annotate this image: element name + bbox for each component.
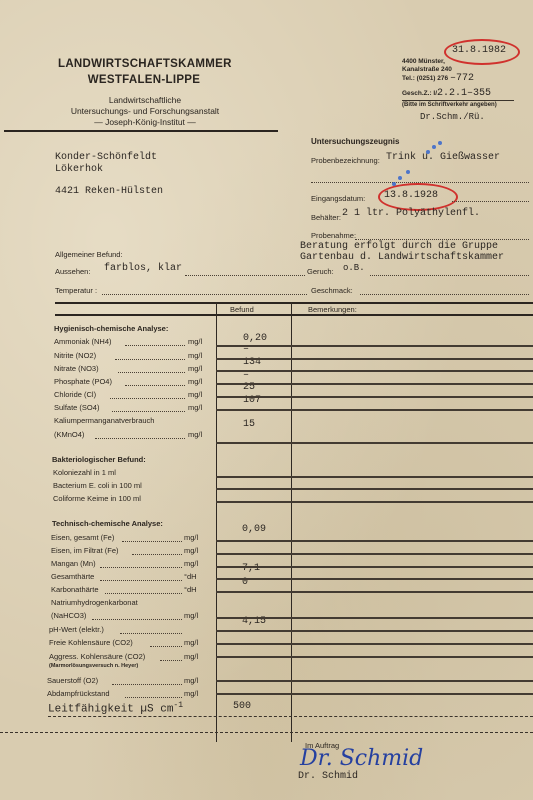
container-label: Behälter: <box>311 213 341 222</box>
sender-city: 4400 Münster, <box>402 58 452 66</box>
dotted-line <box>125 377 185 386</box>
value-iron-total: 0,09 <box>242 524 266 535</box>
unit: °dH <box>184 585 197 594</box>
reference-number: Gesch.Z.: I/2.2.1–355 <box>402 88 491 99</box>
phone-label: Tel.: (0251) 276 <box>402 75 448 82</box>
col-header-remarks: Bemerkungen: <box>308 305 357 314</box>
date-red-circle <box>444 39 520 65</box>
unit: mg/l <box>188 377 202 386</box>
row-label-kmno4-formula: (KMnO4) <box>54 430 84 439</box>
dotted-line <box>150 638 182 647</box>
dotted-line <box>105 585 182 594</box>
org-sub-line3: — Joseph-König-Institut — <box>45 117 245 128</box>
unit: °dH <box>184 572 197 581</box>
table-header-rule <box>55 314 533 316</box>
row-label-colony-count: Koloniezahl in 1 ml <box>53 468 116 477</box>
dashed-rule <box>0 732 533 733</box>
unit: mg/l <box>184 676 198 685</box>
row-label-iron-filtrate: Eisen, im Filtrat (Fe) <box>51 546 119 555</box>
dotted-line <box>122 533 182 542</box>
row-label-carbonate-hardness: Karbonathärte <box>51 585 99 594</box>
sample-label: Probenbezeichnung: <box>311 156 380 165</box>
dotted-line <box>132 546 182 555</box>
unit: mg/l <box>184 533 198 542</box>
row-label-evaporation-residue: Abdampfrückstand <box>47 689 110 698</box>
dotted-line <box>125 689 182 698</box>
phone-ext: –772 <box>450 73 474 84</box>
received-label: Eingangsdatum: <box>311 194 365 203</box>
row-rule <box>216 578 533 580</box>
row-label-chloride: Chloride (Cl) <box>54 390 96 399</box>
row-label-oxygen: Sauerstoff (O2) <box>47 676 98 685</box>
ref-note: (Bitte im Schriftverkehr angeben) <box>402 102 497 108</box>
dotted-line <box>95 430 185 439</box>
recipient-line2: Lökerhok <box>55 164 103 175</box>
unit: mg/l <box>184 638 198 647</box>
conductivity-label: Leitfähigkeit µS cm-1 <box>48 701 183 716</box>
dotted-line <box>355 231 529 240</box>
ink-smudge <box>426 150 430 154</box>
dotted-line <box>360 286 529 295</box>
row-label-nahco3-formula: (NaHCO3) <box>51 611 86 620</box>
ref-underline <box>402 100 514 101</box>
row-label-free-co2: Freie Kohlensäure (CO2) <box>49 638 133 647</box>
unit: mg/l <box>184 652 198 661</box>
row-rule <box>216 566 533 568</box>
value-conductivity: 500 <box>233 701 251 712</box>
initials: Dr.Schm./Rü. <box>420 112 485 122</box>
bacterio-heading: Bakteriologischer Befund: <box>52 455 146 464</box>
container-value: 2 1 ltr. Polyäthylenfl. <box>342 208 480 219</box>
org-sub-line2: Untersuchungs- und Forschungsanstalt <box>45 106 245 117</box>
ink-smudge <box>432 145 436 149</box>
row-rule <box>216 383 533 385</box>
dotted-line <box>100 572 182 581</box>
signatory-name: Dr. Schmid <box>298 771 358 782</box>
dotted-line <box>311 174 529 183</box>
unit: mg/l <box>184 559 198 568</box>
dotted-line <box>110 390 185 399</box>
consulting-note-line1: Beratung erfolgt durch die Gruppe <box>300 241 498 252</box>
value-kmno4: 15 <box>243 419 255 430</box>
received-date-red-circle <box>378 183 458 211</box>
org-name-line2: WESTFALEN-LIPPE <box>58 72 230 88</box>
row-rule <box>216 643 533 645</box>
value-phosphate: – <box>243 370 249 381</box>
sender-address: 4400 Münster, Kanalstraße 240 <box>402 58 452 74</box>
row-rule <box>216 370 533 372</box>
dotted-line <box>102 286 307 295</box>
row-label-marble-test: (Marmorlösungsversuch n. Heyer) <box>49 663 138 669</box>
dotted-line <box>452 193 529 202</box>
ink-smudge <box>406 170 410 174</box>
row-rule <box>216 345 533 347</box>
sampling-label: Probenahme: <box>311 231 356 240</box>
unit: mg/l <box>188 403 202 412</box>
consulting-note-line2: Gartenbau d. Landwirtschaftskammer <box>300 252 504 263</box>
unit: mg/l <box>184 611 198 620</box>
row-rule <box>216 591 533 593</box>
column-divider <box>216 302 217 742</box>
row-label-nahco3: Natriumhydrogenkarbonat <box>51 598 138 607</box>
dotted-line <box>100 559 182 568</box>
table-top-rule <box>55 302 533 304</box>
handwritten-signature: Dr. Schmid <box>300 746 423 771</box>
row-label-aggressive-co2: Aggress. Kohlensäure (CO2) <box>49 652 145 661</box>
dashed-rule <box>48 716 533 717</box>
row-rule <box>216 693 533 695</box>
ref-value: 2.2.1–355 <box>437 88 491 99</box>
odor-label: Geruch: <box>307 267 334 276</box>
general-heading: Allgemeiner Befund: <box>55 250 123 259</box>
col-header-result: Befund <box>230 305 254 314</box>
ink-smudge <box>398 176 402 180</box>
org-name-line1: LANDWIRTSCHAFTSKAMMER <box>58 56 230 72</box>
row-label-nitrite: Nitrite (NO2) <box>54 351 96 360</box>
column-divider <box>291 302 292 742</box>
dotted-line <box>160 652 182 661</box>
report-title: Untersuchungszeugnis <box>311 137 399 146</box>
row-rule <box>216 617 533 619</box>
row-label-iron-total: Eisen, gesamt (Fe) <box>51 533 114 542</box>
row-label-sulfate: Sulfate (SO4) <box>54 403 99 412</box>
hygienic-heading: Hygienisch-chemische Analyse: <box>54 324 168 333</box>
appearance-value: farblos, klar <box>104 263 182 274</box>
unit: mg/l <box>184 546 198 555</box>
sender-phone: Tel.: (0251) 276 –772 <box>402 73 474 84</box>
row-rule <box>216 442 533 444</box>
appearance-label: Aussehen: <box>55 267 90 276</box>
unit: mg/l <box>188 390 202 399</box>
dotted-line <box>112 403 185 412</box>
value-total-hardness: 7,1 <box>242 563 260 574</box>
sample-value: Trink u. Gießwasser <box>386 152 500 163</box>
row-rule <box>216 501 533 503</box>
dotted-line <box>115 351 185 360</box>
row-rule <box>216 358 533 360</box>
row-label-coliform: Coliforme Keime in 100 ml <box>53 494 141 503</box>
row-label-phosphate: Phosphate (PO4) <box>54 377 112 386</box>
row-rule <box>216 488 533 490</box>
row-rule <box>216 656 533 658</box>
dotted-line <box>118 364 185 373</box>
recipient-line1: Konder-Schönfeldt <box>55 152 157 163</box>
org-sub-line1: Landwirtschaftliche <box>45 95 245 106</box>
dotted-line <box>370 267 529 276</box>
row-rule <box>216 630 533 632</box>
row-rule <box>216 680 533 682</box>
temperature-label: Temperatur : <box>55 286 97 295</box>
ink-smudge <box>392 182 396 186</box>
row-label-kmno4: Kaliumpermanganatverbrauch <box>54 416 154 425</box>
dotted-line <box>185 267 305 276</box>
row-label-total-hardness: Gesamthärte <box>51 572 94 581</box>
unit: mg/l <box>188 337 202 346</box>
row-label-nitrate: Nitrate (NO3) <box>54 364 99 373</box>
dotted-line <box>92 611 182 620</box>
recipient-line3: 4421 Reken-Hülsten <box>55 186 163 197</box>
ref-label: Gesch.Z.: I/ <box>402 90 437 97</box>
dotted-line <box>112 676 182 685</box>
unit: mg/l <box>188 364 202 373</box>
row-rule <box>216 396 533 398</box>
unit: mg/l <box>184 689 198 698</box>
unit: mg/l <box>188 430 202 439</box>
unit: mg/l <box>188 351 202 360</box>
letterhead-divider <box>4 130 278 132</box>
row-label-ammonia: Ammoniak (NH4) <box>54 337 112 346</box>
odor-value: o.B. <box>343 263 365 273</box>
ink-smudge <box>438 141 442 145</box>
row-rule <box>216 476 533 478</box>
value-ammonia: 0,20 <box>243 333 267 344</box>
dotted-line <box>120 625 182 634</box>
row-rule <box>216 540 533 542</box>
row-label-ph: pH-Wert (elektr.) <box>49 625 104 634</box>
row-label-ecoli: Bacterium E. coli in 100 ml <box>53 481 142 490</box>
row-label-manganese: Mangan (Mn) <box>51 559 96 568</box>
row-rule <box>216 409 533 411</box>
row-rule <box>216 553 533 555</box>
technical-heading: Technisch-chemische Analyse: <box>52 519 163 528</box>
dotted-line <box>125 337 185 346</box>
taste-label: Geschmack: <box>311 286 353 295</box>
